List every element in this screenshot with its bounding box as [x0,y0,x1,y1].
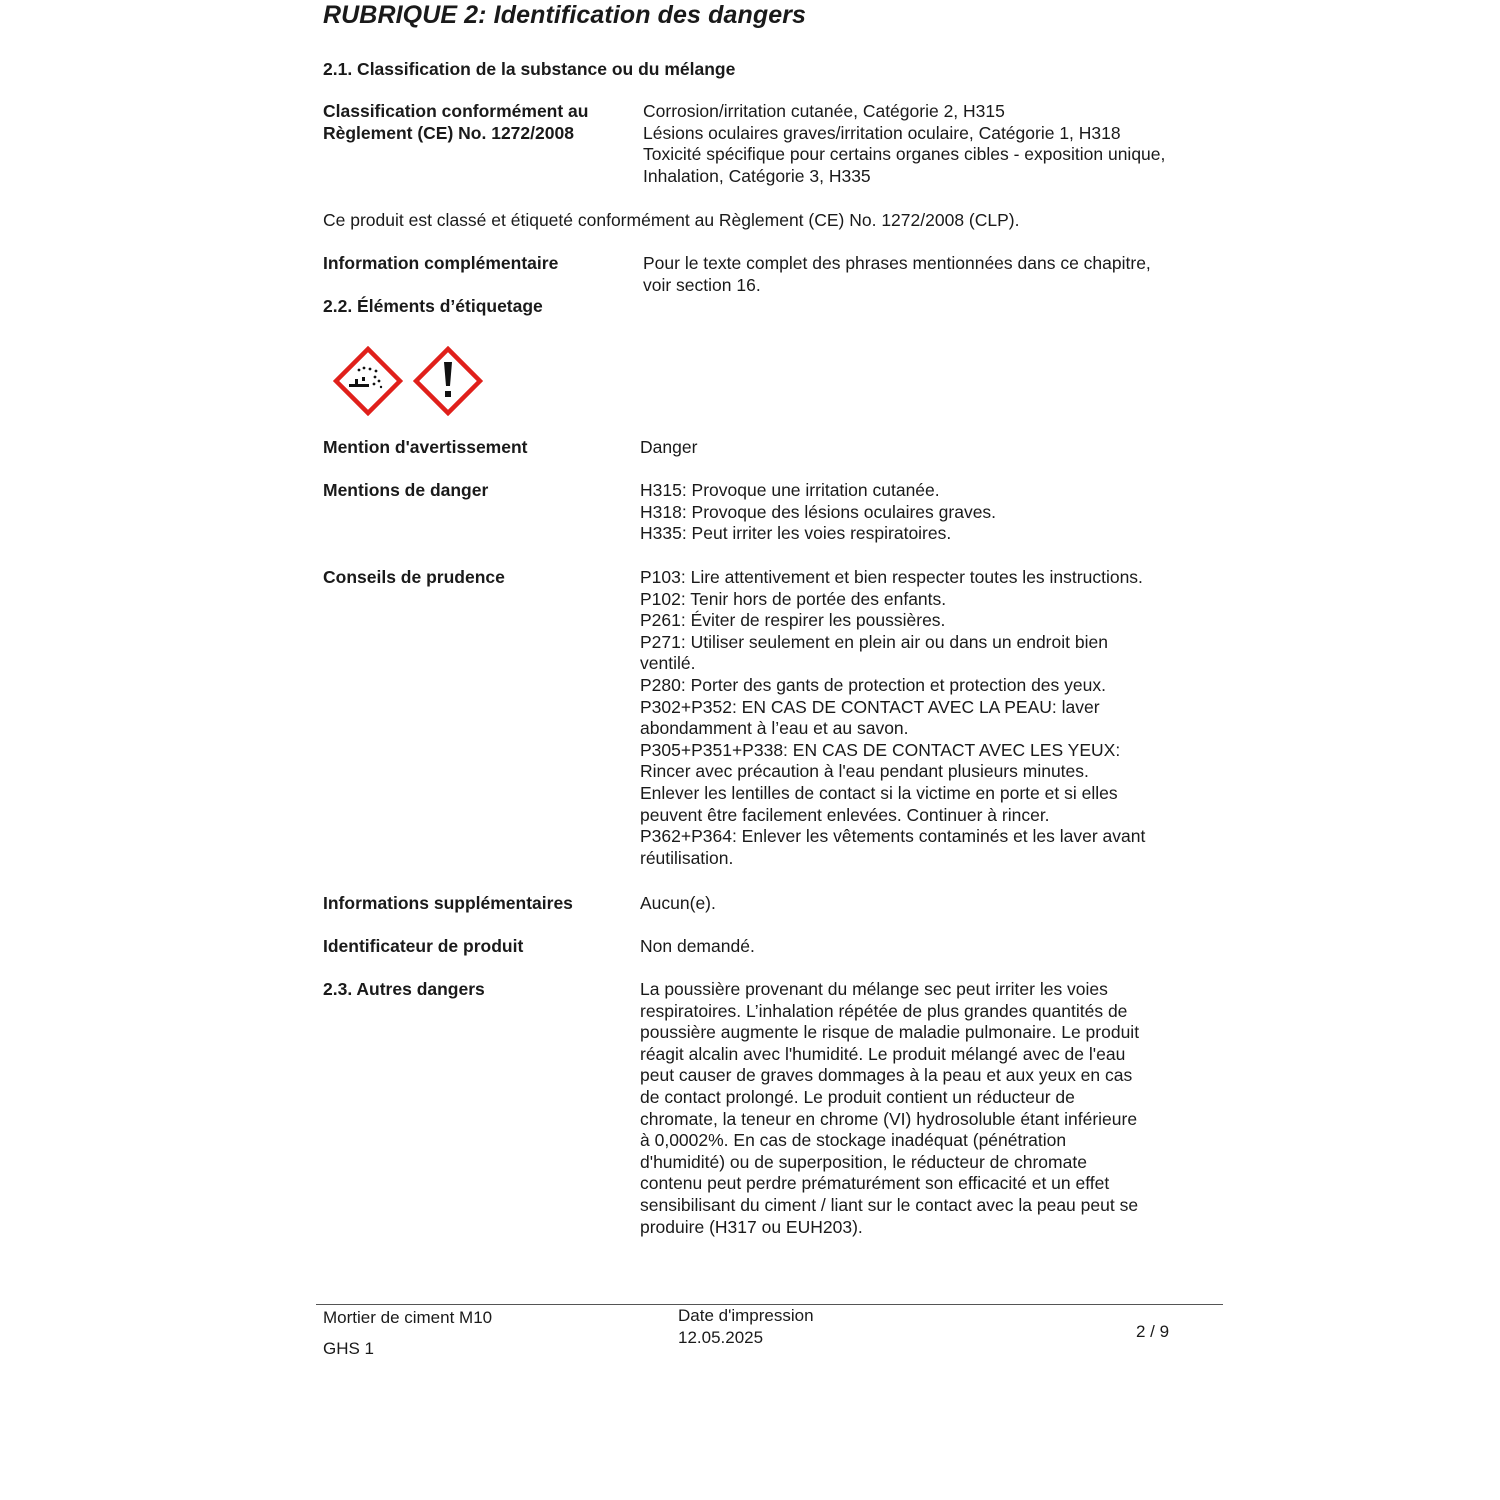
subsection-2-1-heading: 2.1. Classification de la substance ou d… [323,59,735,80]
complementary-info-value: Pour le texte complet des phrases mentio… [643,253,1151,296]
complementary-info-label: Information complémentaire [323,253,558,275]
other-hazards-label: 2.3. Autres dangers [323,979,485,1001]
footer-print-date-label: Date d'impression [678,1306,814,1326]
other-hazards-text: La poussière provenant du mélange sec pe… [640,979,1139,1238]
classification-value: Corrosion/irritation cutanée, Catégorie … [643,101,1165,187]
subsection-2-2-heading: 2.2. Éléments d’étiquetage [323,296,543,317]
hazard-statements-label: Mentions de danger [323,480,488,502]
product-identifier-label: Identificateur de produit [323,936,523,958]
additional-info-label: Informations supplémentaires [323,893,573,915]
ghs07-exclamation-icon [413,346,483,416]
footer-product-name: Mortier de ciment M10 [323,1308,492,1328]
signal-word-label: Mention d'avertissement [323,437,528,459]
clp-statement: Ce produit est classé et étiqueté confor… [323,210,1019,231]
hazard-statement: H315: Provoque une irritation cutanée. [640,480,996,502]
section-title: RUBRIQUE 2: Identification des dangers [323,1,806,30]
ghs05-corrosion-icon [333,346,403,416]
classification-label: Classification conformément au Règlement… [323,101,588,144]
footer-standard: GHS 1 [323,1339,374,1359]
hazard-statement: H318: Provoque des lésions oculaires gra… [640,502,996,524]
additional-info-value: Aucun(e). [640,893,716,915]
signal-word-value: Danger [640,437,697,459]
footer-divider [316,1304,1223,1305]
product-identifier-value: Non demandé. [640,936,755,958]
hazard-statements-list: H315: Provoque une irritation cutanée. H… [640,480,996,545]
precautionary-statements-list: P103: Lire attentivement et bien respect… [640,567,1145,869]
footer-print-date: 12.05.2025 [678,1328,763,1348]
footer-page-number: 2 / 9 [1136,1322,1169,1342]
precautionary-statements-label: Conseils de prudence [323,567,505,589]
hazard-statement: H335: Peut irriter les voies respiratoir… [640,523,996,545]
sds-page: RUBRIQUE 2: Identification des dangers 2… [0,0,1500,1500]
